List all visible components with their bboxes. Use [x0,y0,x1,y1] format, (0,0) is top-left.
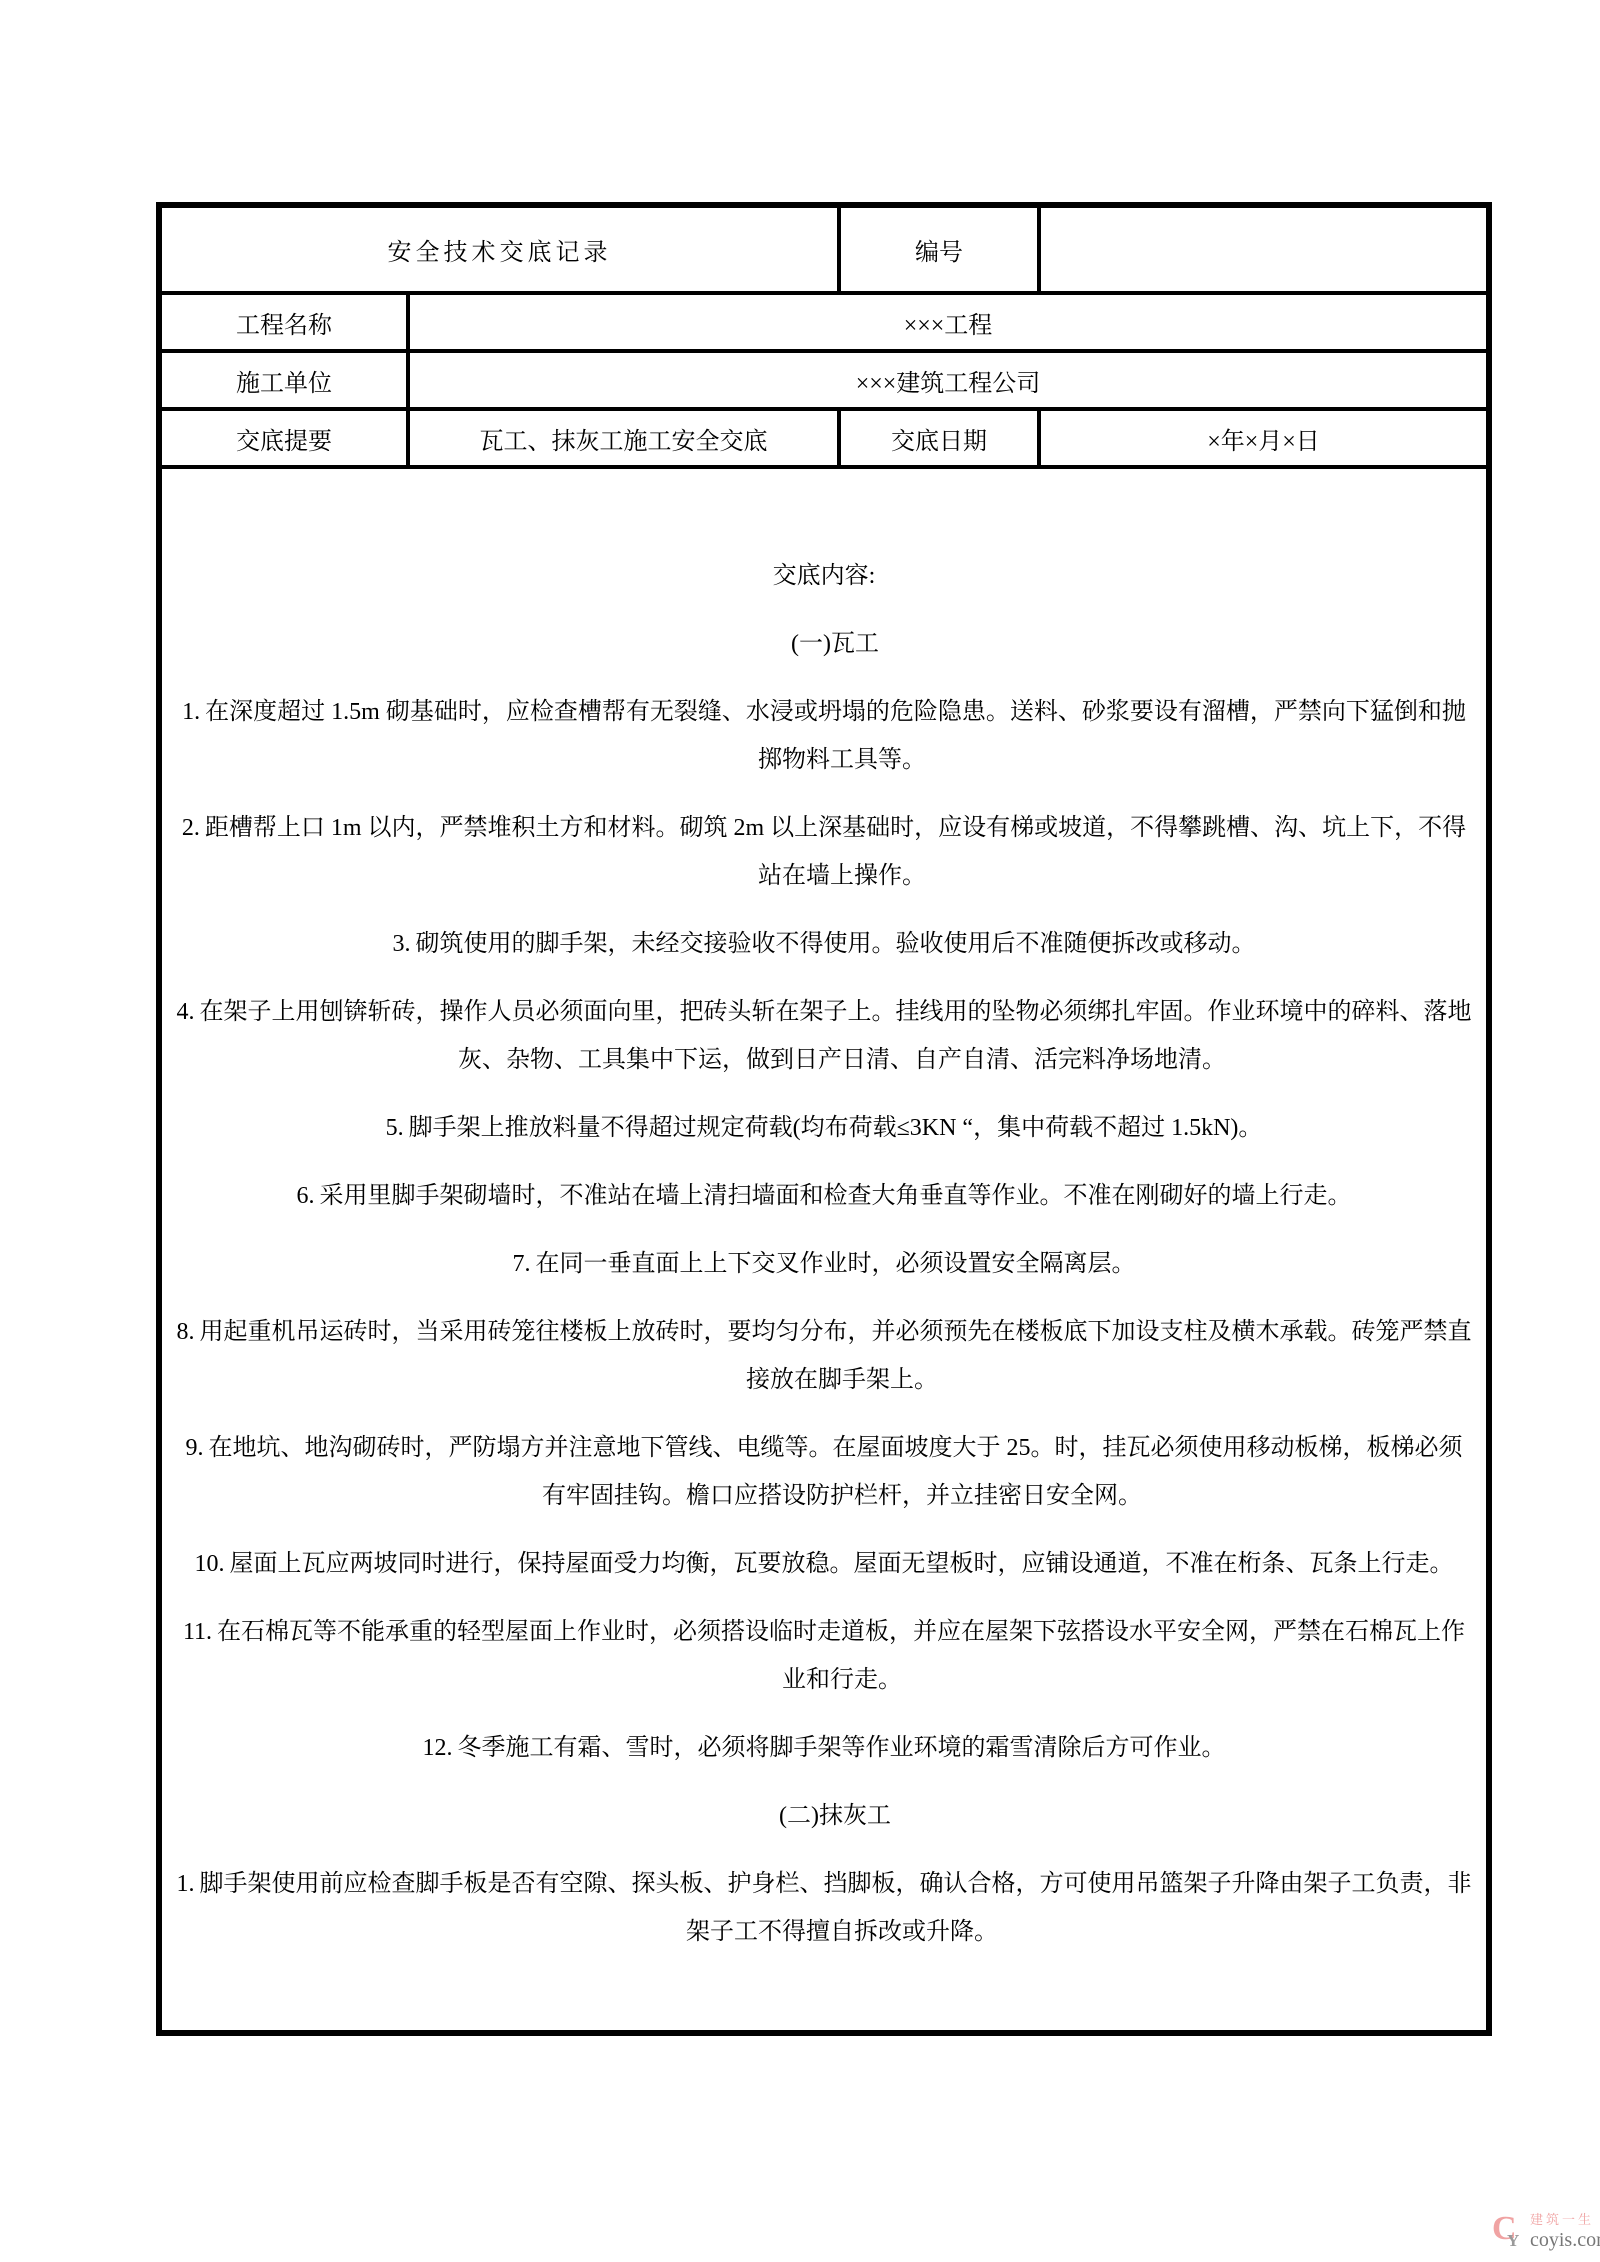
item-text: 在架子上用刨锛斩砖，操作人员必须面向里，把砖头斩在架子上。挂线用的坠物必须绑扎牢… [200,999,1472,1073]
brief-label: 交底提要 [159,409,408,467]
item-number: 1. [177,1871,195,1897]
construction-unit-row: 施工单位 ×××建筑工程公司 [159,351,1489,409]
item-number: 5. [386,1115,404,1141]
item-text: 砌筑使用的脚手架，未经交接验收不得使用。验收使用后不准随便拆改或移动。 [416,931,1256,957]
date-label: 交底日期 [839,409,1039,467]
list-item: 8.用起重机吊运砖时，当采用砖笼往楼板上放砖时，要均匀分布，并必须预先在楼板底下… [176,1308,1472,1404]
list-item: 3.砌筑使用的脚手架，未经交接验收不得使用。验收使用后不准随便拆改或移动。 [176,920,1472,968]
list-item: 5.脚手架上推放料量不得超过规定荷载(均布荷载≤3KN “，集中荷载不超过 1.… [176,1104,1472,1152]
content-cell: 交底内容: (一)瓦工 1.在深度超过 1.5m 砌基础时，应检查槽帮有无裂缝、… [159,467,1489,2033]
watermark-site: coyis.com [1530,2228,1600,2252]
list-item: 10.屋面上瓦应两坡同时进行，保持屋面受力均衡，瓦要放稳。屋面无望板时，应铺设通… [176,1540,1472,1588]
list-item: 1.在深度超过 1.5m 砌基础时，应检查槽帮有无裂缝、水浸或坍塌的危险隐患。送… [176,688,1472,784]
list-item: 2.距槽帮上口 1m 以内，严禁堆积土方和材料。砌筑 2m 以上深基础时，应设有… [176,804,1472,900]
item-number: 7. [513,1251,531,1277]
item-text: 距槽帮上口 1m 以内，严禁堆积土方和材料。砌筑 2m 以上深基础时，应设有梯或… [205,815,1466,889]
item-number: 3. [393,931,411,957]
watermark: C Y 建筑一生 coyis.com [1492,2210,1600,2254]
section-heading-plastering: (二)抹灰工 [198,1792,1472,1840]
item-number: 1. [182,699,200,725]
item-text: 脚手架上推放料量不得超过规定荷载(均布荷载≤3KN “，集中荷载不超过 1.5k… [409,1115,1263,1141]
content-body: 交底内容: (一)瓦工 1.在深度超过 1.5m 砌基础时，应检查槽帮有无裂缝、… [176,552,1472,1956]
item-text: 脚手架使用前应检查脚手板是否有空隙、探头板、护身栏、挡脚板，确认合格，方可使用吊… [200,1871,1472,1945]
item-text: 用起重机吊运砖时，当采用砖笼往楼板上放砖时，要均匀分布，并必须预先在楼板底下加设… [200,1319,1472,1393]
item-text: 在石棉瓦等不能承重的轻型屋面上作业时，必须搭设临时走道板，并应在屋架下弦搭设水平… [217,1619,1465,1693]
no-label-cell: 编号 [839,205,1039,293]
item-number: 11. [183,1619,212,1645]
item-number: 4. [177,999,195,1025]
brief-row: 交底提要 瓦工、抹灰工施工安全交底 交底日期 ×年×月×日 [159,409,1489,467]
list-item: 7.在同一垂直面上上下交叉作业时，必须设置安全隔离层。 [176,1240,1472,1288]
item-text: 冬季施工有霜、雪时，必须将脚手架等作业环境的霜雪清除后方可作业。 [458,1735,1226,1761]
construction-unit-label: 施工单位 [159,351,408,409]
project-name-value: ×××工程 [408,293,1489,351]
no-value-cell [1039,205,1489,293]
date-value: ×年×月×日 [1039,409,1489,467]
list-item: 12.冬季施工有霜、雪时，必须将脚手架等作业环境的霜雪清除后方可作业。 [176,1724,1472,1772]
brief-value: 瓦工、抹灰工施工安全交底 [408,409,839,467]
watermark-y: Y [1507,2232,1519,2249]
item-number: 10. [195,1551,225,1577]
list-item: 1.脚手架使用前应检查脚手板是否有空隙、探头板、护身栏、挡脚板，确认合格，方可使… [176,1860,1472,1956]
item-text: 在深度超过 1.5m 砌基础时，应检查槽帮有无裂缝、水浸或坍塌的危险隐患。送料、… [205,699,1466,773]
item-text: 在同一垂直面上上下交叉作业时，必须设置安全隔离层。 [536,1251,1136,1277]
list-item: 6.采用里脚手架砌墙时，不准站在墙上清扫墙面和检查大角垂直等作业。不准在刚砌好的… [176,1172,1472,1220]
list-item: 9.在地坑、地沟砌砖时，严防塌方并注意地下管线、电缆等。在屋面坡度大于 25。时… [176,1424,1472,1520]
item-text: 屋面上瓦应两坡同时进行，保持屋面受力均衡，瓦要放稳。屋面无望板时，应铺设通道，不… [230,1551,1454,1577]
item-number: 6. [297,1183,315,1209]
content-row: 交底内容: (一)瓦工 1.在深度超过 1.5m 砌基础时，应检查槽帮有无裂缝、… [159,467,1489,2033]
project-name-row: 工程名称 ×××工程 [159,293,1489,351]
section-heading-masonry: (一)瓦工 [198,620,1472,668]
list-item: 11.在石棉瓦等不能承重的轻型屋面上作业时，必须搭设临时走道板，并应在屋架下弦搭… [176,1608,1472,1704]
title-row: 安全技术交底记录 编号 [159,205,1489,293]
watermark-text: 建筑一生 coyis.com [1530,2210,1600,2252]
document-sheet: 安全技术交底记录 编号 工程名称 ×××工程 施工单位 ×××建筑工程公司 交底… [0,0,1600,2262]
item-number: 8. [177,1319,195,1345]
item-text: 采用里脚手架砌墙时，不准站在墙上清扫墙面和检查大角垂直等作业。不准在刚砌好的墙上… [320,1183,1352,1209]
item-text: 在地坑、地沟砌砖时，严防塌方并注意地下管线、电缆等。在屋面坡度大于 25。时，挂… [209,1435,1463,1509]
construction-unit-value: ×××建筑工程公司 [408,351,1489,409]
content-intro-label: 交底内容: [176,552,1472,600]
safety-disclosure-table: 安全技术交底记录 编号 工程名称 ×××工程 施工单位 ×××建筑工程公司 交底… [156,202,1492,2036]
item-number: 12. [423,1735,453,1761]
page-title: 安全技术交底记录 [159,205,839,293]
item-number: 9. [186,1435,204,1461]
list-item: 4.在架子上用刨锛斩砖，操作人员必须面向里，把砖头斩在架子上。挂线用的坠物必须绑… [176,988,1472,1084]
project-name-label: 工程名称 [159,293,408,351]
watermark-tagline: 建筑一生 [1530,2212,1600,2228]
item-number: 2. [182,815,200,841]
watermark-logo: C Y [1492,2210,1526,2254]
